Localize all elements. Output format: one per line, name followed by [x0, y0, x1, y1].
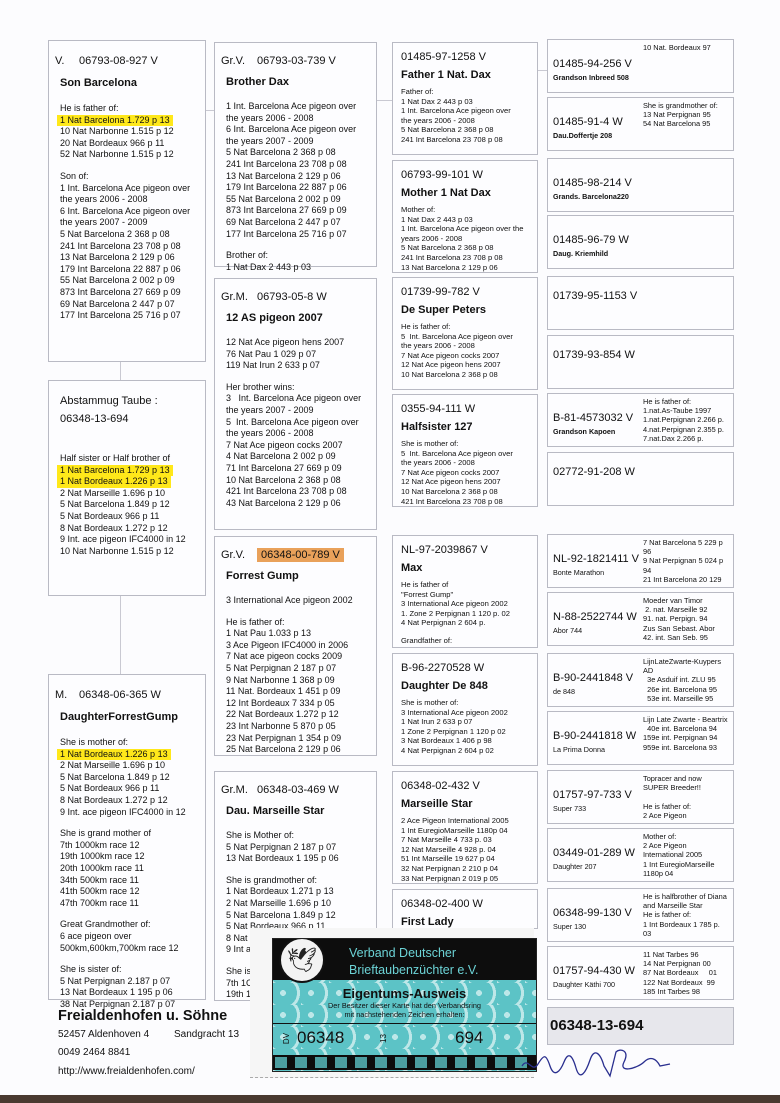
card-organization: Verband Deutscher Brieftaubenzüchter e.V… — [349, 945, 479, 979]
achievement-line: 1 Nat Dax 2 443 p 03 — [401, 97, 537, 107]
achievement-line: 13 Nat Barcelona 2 129 p 06 — [226, 171, 376, 183]
achievement-line: He is father of: — [401, 322, 537, 332]
achievement-line: 5 Nat Perpignan 2 187 p 07 — [226, 842, 376, 854]
grandparent-card[interactable]: Gr.V.06348-00-789 VForrest Gump3 Interna… — [214, 536, 377, 756]
achievement-line: 179 Int Barcelona 22 887 p 06 — [60, 264, 205, 276]
spacer — [226, 865, 376, 875]
pedigree-sheet: V.06793-08-927 V Son Barcelona He is fat… — [0, 0, 780, 1095]
achievement-line: 5 Nat Barcelona 2 368 p 08 — [60, 229, 205, 241]
gg-grandparent-ring: 01739-95-1153 V — [553, 290, 637, 302]
gg-grandparent-name: Grandson Inbreed 508 — [553, 73, 629, 82]
achievement-line: 5 Int. Barcelona Ace pigeon over — [401, 332, 537, 342]
great-grandparent-name: De Super Peters — [393, 298, 537, 316]
connector — [206, 110, 214, 111]
achievement-line: 179 Int Barcelona 22 887 p 06 — [226, 182, 376, 194]
mother-card[interactable]: M.06348-06-365 W DaughterForrestGump She… — [48, 674, 206, 1000]
great-grandparent-ring: 01485-97-1258 V — [393, 43, 537, 63]
achievement-line: He is father of — [401, 580, 537, 590]
achievement-line: 55 Nat Barcelona 2 002 p 09 — [60, 275, 205, 287]
achievement-line: Mother of: — [401, 205, 537, 215]
achievement-line: the years 2006 - 2008 — [401, 458, 537, 468]
ownership-card-body: 🕊 Verband Deutscher Brieftaubenzüchter e… — [272, 938, 537, 1072]
great-grandparent-achievements: Father of:1 Nat Dax 2 443 p 031 Int. Bar… — [393, 81, 537, 145]
gg-grandparent-card[interactable]: 01485-98-214 VGrands. Barcelona220 — [547, 158, 734, 212]
achievement-line: 4 Nat Perpignan 2 604 p 02 — [401, 746, 537, 756]
gg-grandparent-name: Grands. Barcelona220 — [553, 192, 629, 201]
achievement-line: 5 Nat Barcelona 2 368 p 08 — [401, 125, 537, 135]
gg-grandparent-name: Daughter Käthi 700 — [553, 980, 615, 989]
subject-ring-number: 06348-13-694 — [547, 1007, 734, 1045]
grandparent-ring: 06348-03-469 W — [257, 784, 339, 796]
achievement-line: 13 Nat Barcelona 2 129 p 06 — [60, 252, 205, 264]
achievement-line: 3 Ace Pigeon IFC4000 in 2006 — [226, 640, 376, 652]
achievement-line: 10 Nat Barcelona 2 368 p 08 — [226, 475, 376, 487]
achievement-line: 71 Int Barcelona 27 669 p 09 — [226, 463, 376, 475]
grandparent-name: Forrest Gump — [215, 561, 376, 582]
gg-grandparent-card[interactable]: 01739-95-1153 V — [547, 276, 734, 330]
grandparent-name: Dau. Marseille Star — [215, 796, 376, 817]
great-grandparent-card[interactable]: 06348-02-432 VMarseille Star2 Ace Pigeon… — [392, 771, 538, 884]
highlighted-achievement: 1 Nat Bordeaux 1.226 p 13 — [57, 749, 171, 761]
achievement-line: 9 Int. ace pigeon IFC4000 in 12 — [60, 807, 205, 819]
achievement-line: 9 Int. ace pigeon IFC4000 in 12 — [60, 534, 205, 546]
achievement-line: 3 Int. Barcelona Ace pigeon over — [226, 393, 376, 405]
achievement-line: 13 Nat Bordeaux 1 195 p 06 — [60, 987, 205, 999]
achievement-line: 12 Nat Ace pigeon hens 2007 — [401, 477, 537, 487]
great-grandparent-achievements: He is father of:5 Int. Barcelona Ace pig… — [393, 316, 537, 380]
achievement-line: 20th 1000km race 11 — [60, 863, 205, 875]
gg-grandparent-name: Daughter 207 — [553, 862, 597, 871]
achievement-line: 1 Nat Dax 2 443 p 03 — [401, 215, 537, 225]
achievement-line: years 2006 - 2008 — [401, 234, 537, 244]
achievement-line: 6 ace pigeon over — [60, 931, 205, 943]
gg-grandparent-ring: NL-92-1821411 V — [553, 553, 639, 565]
grandparent-ring: 06793-03-739 V — [257, 55, 336, 67]
ownership-card: 🕊 Verband Deutscher Brieftaubenzüchter e… — [250, 928, 534, 1078]
gg-grandparent-card[interactable]: 06348-99-130 VSuper 130He is halfbrother… — [547, 888, 734, 942]
achievement-line: 8 Nat Bordeaux 1.272 p 12 — [60, 795, 205, 807]
father-header: V.06793-08-927 V — [49, 41, 205, 67]
achievement-line: the years 2006 - 2008 — [401, 341, 537, 351]
grandparent-header: Gr.V.06348-00-789 V — [215, 537, 376, 561]
breeder-name: Freialdenhofen u. Söhne — [58, 1008, 227, 1024]
grandparent-achievements: 12 Nat Ace pigeon hens 200776 Nat Pau 1 … — [215, 324, 376, 509]
breeder-address: 52457 Aldenhoven 4 — [58, 1029, 149, 1040]
achievement-line: 1 Nat Irun 2 633 p 07 — [401, 717, 537, 727]
achievement-line: 7 Nat Ace pigeon cocks 2007 — [401, 468, 537, 478]
gg-grandparent-card[interactable]: 01485-91-4 WDau.Doffertje 208She is gran… — [547, 97, 734, 151]
connector — [120, 362, 121, 380]
great-grandparent-card[interactable]: B-96-2270528 WDaughter De 848She is moth… — [392, 653, 538, 766]
gg-grandparent-ring: 01485-98-214 V — [553, 177, 632, 189]
achievement-line: 1 Int EuregioMarseille 1180p 04 — [401, 826, 537, 836]
achievement-line: 76 Nat Pau 1 029 p 07 — [226, 349, 376, 361]
gg-grandparent-name: La Prima Donna — [553, 745, 605, 754]
gg-grandparent-name: Daug. Kriemhild — [553, 249, 608, 258]
achievement-line: the years 2006 - 2008 — [226, 113, 376, 125]
achievement-line: 1 Nat Bordeaux 1.271 p 13 — [226, 886, 376, 898]
achievement-line: 23 Nat Perpignan 1 354 p 09 — [226, 733, 376, 745]
gg-grandparent-note: 10 Nat. Bordeaux 97 — [643, 43, 735, 52]
achievement-line: 7 Nat Marseille 4 733 p. 03 — [401, 835, 537, 845]
grandparent-prefix: Gr.M. — [221, 784, 257, 796]
achievement-line: 20 Nat Bordeaux 966 p 11 — [60, 138, 205, 150]
gg-grandparent-name: Grandson Kapoen — [553, 427, 615, 436]
achievement-line: 6 Int. Barcelona Ace pigeon over — [226, 124, 376, 136]
achievement-line: 34th 500km race 11 — [60, 875, 205, 887]
achievement-line: 873 Int Barcelona 27 669 p 09 — [226, 205, 376, 217]
spacer — [60, 909, 205, 919]
great-grandparent-ring: 06348-02-400 W — [393, 890, 537, 910]
gg-grandparent-card[interactable]: B-90-2441848 Vde 848LijnLateZwarte-Kuype… — [547, 653, 734, 707]
gg-grandparent-card[interactable]: 01485-96-79 WDaug. Kriemhild — [547, 215, 734, 269]
great-grandparent-name: Father 1 Nat. Dax — [393, 63, 537, 81]
achievement-line: 12 Nat Ace pigeon hens 2007 — [226, 337, 376, 349]
achievement-line: Son of: — [60, 171, 205, 183]
gg-grandparent-note: He is halfbrother of Diana and Marseille… — [643, 892, 735, 938]
achievement-line: She is mother of: — [401, 698, 537, 708]
achievement-line: 5 Int. Barcelona Ace pigeon over — [226, 417, 376, 429]
achievement-line: 119 Nat Irun 2 633 p 07 — [226, 360, 376, 372]
achievement-line: 1 Nat Dax 2 443 p 03 — [226, 262, 376, 274]
gg-grandparent-card[interactable]: 01757-94-430 WDaughter Käthi 70011 Nat T… — [547, 946, 734, 1000]
achievement-line: 7th 1000km race 12 — [60, 840, 205, 852]
mother-ring: 06348-06-365 W — [79, 689, 161, 701]
gg-grandparent-ring: B-90-2441848 V — [553, 672, 633, 684]
achievement-line: 32 Nat Perpignan 2 210 p 04 — [401, 864, 537, 874]
achievement-line: 33 Nat Perpignan 2 019 p 05 — [401, 874, 537, 884]
achievement-line: 1 Int. Barcelona Ace pigeon over — [60, 183, 205, 195]
achievement-line: 2 Ace Pigeon International 2005 — [401, 816, 537, 826]
achievement-line: 1. Zone 2 Perpignan 1 120 p. 02 — [401, 609, 537, 619]
great-grandparent-name: Max — [393, 556, 537, 574]
achievement-line: 241 Int Barcelona 23 708 p 08 — [401, 253, 537, 263]
grandparent-achievements: 1 Int. Barcelona Ace pigeon overthe year… — [215, 88, 376, 273]
great-grandparent-name: Marseille Star — [393, 792, 537, 810]
great-grandparent-card[interactable]: 01485-97-1258 VFather 1 Nat. DaxFather o… — [392, 42, 538, 155]
gg-grandparent-note: LijnLateZwarte-Kuypers AD 3e Asduif int.… — [643, 657, 735, 703]
great-grandparent-ring: NL-97-2039867 V — [393, 536, 537, 556]
achievement-line: 177 Int Barcelona 25 716 p 07 — [60, 310, 205, 322]
gg-grandparent-note: He is father of: 1.nat.As-Taube 1997 1.n… — [643, 397, 735, 443]
spacer — [226, 607, 376, 617]
achievement-line: the years 2006 - 2008 — [60, 194, 205, 206]
card-ring-row: DV 06348 13 694 — [273, 1023, 536, 1055]
achievement-line: 69 Nat Barcelona 2 447 p 07 — [226, 217, 376, 229]
connector — [377, 100, 392, 101]
great-grandparent-name: Mother 1 Nat Dax — [393, 181, 537, 199]
gg-grandparent-name: Super 130 — [553, 922, 586, 931]
mother-prefix: M. — [55, 689, 79, 701]
great-grandparent-card[interactable]: 06793-99-101 WMother 1 Nat DaxMother of:… — [392, 160, 538, 273]
connector — [538, 70, 547, 71]
achievement-line: 3 Nat Bordeaux 1 406 p 98 — [401, 736, 537, 746]
gg-grandparent-ring: 01739-93-854 W — [553, 349, 635, 361]
card-club: 06348 — [297, 1028, 344, 1048]
gg-grandparent-note: Lijn Late Zwarte - Beartrix 40e int. Bar… — [643, 715, 735, 752]
achievement-line: 69 Nat Barcelona 2 447 p 07 — [60, 299, 205, 311]
gg-grandparent-ring: 01485-94-256 V — [553, 58, 632, 70]
achievement-line: 1 Nat Barcelona 1.729 p 13 — [60, 115, 205, 127]
achievement-line: 4 Nat Perpignan 2 604 p. — [401, 618, 537, 628]
achievement-line: 10 Nat Barcelona 2 368 p 08 — [401, 370, 537, 380]
spacer — [60, 161, 205, 171]
achievement-line: 5 Nat Bordeaux 966 p 11 — [60, 511, 205, 523]
gg-grandparent-ring: 06348-99-130 V — [553, 907, 632, 919]
spacer — [226, 372, 376, 382]
gg-grandparent-name: Dau.Doffertje 208 — [553, 131, 612, 140]
achievement-line: 5 Nat Perpignan 2 187 p 07 — [226, 663, 376, 675]
great-grandparent-achievements: Mother of:1 Nat Dax 2 443 p 031 Int. Bar… — [393, 199, 537, 272]
achievement-line: 12 Nat Marseille 4 928 p. 04 — [401, 845, 537, 855]
achievement-line: 421 Int Barcelona 23 708 p 08 — [226, 486, 376, 498]
mother-achievements: She is mother of:1 Nat Bordeaux 1.226 p … — [49, 723, 205, 1010]
father-name: Son Barcelona — [49, 67, 205, 89]
gg-grandparent-ring: N-88-2522744 W — [553, 611, 637, 623]
achievement-line: 1 Nat Bordeaux 1.226 p 13 — [60, 749, 205, 761]
achievement-line: 55 Nat Barcelona 2 002 p 09 — [226, 194, 376, 206]
achievement-line: the years 2006 - 2008 — [226, 428, 376, 440]
achievement-line: She is Mother of: — [226, 830, 376, 842]
card-description: Der Besitzer dieser Karte hat den Verban… — [273, 1002, 536, 1019]
achievement-line: She is grand mother of — [60, 828, 205, 840]
highlighted-achievement: 1 Nat Barcelona 1.729 p 13 — [57, 115, 173, 127]
father-card[interactable]: V.06793-08-927 V Son Barcelona He is fat… — [48, 40, 206, 362]
achievement-line: 1 Nat Pau 1.033 p 13 — [226, 628, 376, 640]
gg-grandparent-note: 7 Nat Barcelona 5 229 p 96 9 Nat Perpign… — [643, 538, 735, 584]
achievement-line: 19th 1000km race 12 — [60, 851, 205, 863]
great-grandparent-card[interactable]: NL-97-2039867 VMaxHe is father of"Forres… — [392, 535, 538, 648]
achievement-line: "Forrest Gump" — [401, 590, 537, 600]
achievement-line: the years 2007 - 2009 — [226, 136, 376, 148]
achievement-line: 2 Nat Marseille 1.696 p 10 — [226, 898, 376, 910]
mother-name: DaughterForrestGump — [49, 701, 205, 723]
great-grandparent-name: Halfsister 127 — [393, 415, 537, 433]
achievement-line: 11 Nat. Bordeaux 1 451 p 09 — [226, 686, 376, 698]
gg-grandparent-card[interactable]: N-88-2522744 WAbor 744Moeder van Timor 2… — [547, 592, 734, 646]
achievement-line: 10 Nat Narbonne 1.515 p 12 — [60, 546, 205, 558]
breeder-phone: 0049 2464 8841 — [58, 1047, 130, 1058]
subject-label: Abstammug Taube : — [49, 381, 205, 407]
gg-grandparent-card[interactable]: NL-92-1821411 VBonte Marathon7 Nat Barce… — [547, 534, 734, 588]
achievement-line: 8 Nat Bordeaux 1.272 p 12 — [60, 523, 205, 535]
highlighted-achievement: 1 Nat Bordeaux 1.226 p 13 — [57, 476, 171, 488]
subject-ring: 06348-13-694 — [49, 407, 205, 425]
father-achievements: He is father of:1 Nat Barcelona 1.729 p … — [49, 89, 205, 322]
great-grandparent-name: First Lady — [393, 910, 537, 928]
achievement-line: 241 Int Barcelona 23 708 p 08 — [60, 241, 205, 253]
gg-grandparent-name: de 848 — [553, 687, 575, 696]
achievement-line: She is mother of: — [60, 737, 205, 749]
achievement-line: 5 Nat Barcelona 2 368 p 08 — [226, 147, 376, 159]
great-grandparent-ring: 01739-99-782 V — [393, 278, 537, 298]
gg-grandparent-card[interactable]: 01757-97-733 VSuper 733Topracer and now … — [547, 770, 734, 824]
achievement-line: He is father of: — [60, 103, 205, 115]
achievement-line: 12 Int Bordeaux 7 334 p 05 — [226, 698, 376, 710]
achievement-line: 177 Int Barcelona 25 716 p 07 — [226, 229, 376, 241]
achievement-line: Father of: — [401, 87, 537, 97]
achievement-line: 9 Nat Narbonne 1 368 p 09 — [226, 675, 376, 687]
achievement-line: 1 Int. Barcelona Ace pigeon over — [226, 101, 376, 113]
achievement-line: 13 Nat Bordeaux 1 195 p 06 — [226, 853, 376, 865]
gg-grandparent-note: Moeder van Timor 2. nat. Marseille 92 91… — [643, 596, 735, 642]
gg-grandparent-ring: 02772-91-208 W — [553, 466, 635, 478]
achievement-line: 5 Nat Barcelona 2 368 p 08 — [401, 243, 537, 253]
gg-grandparent-note: Mother of: 2 Ace Pigeon International 20… — [643, 832, 735, 878]
gg-grandparent-card[interactable]: 02772-91-208 W — [547, 452, 734, 506]
gg-grandparent-note: She is grandmother of: 13 Nat Perpignan … — [643, 101, 735, 129]
gg-grandparent-card[interactable]: 03449-01-289 WDaughter 207Mother of: 2 A… — [547, 828, 734, 882]
gg-grandparent-note: Topracer and now SUPER Breeder!! He is f… — [643, 774, 735, 820]
highlighted-achievement: 1 Nat Barcelona 1.729 p 13 — [57, 465, 173, 477]
great-grandparent-card[interactable]: 06348-02-400 WFirst Lady — [392, 889, 538, 929]
achievement-line: 1 Zone 2 Perpignan 1 120 p 02 — [401, 727, 537, 737]
grandparent-name: Brother Dax — [215, 67, 376, 88]
connector — [120, 596, 121, 674]
achievement-line: 41th 500km race 12 — [60, 886, 205, 898]
gg-grandparent-ring: B-90-2441818 W — [553, 730, 636, 742]
pigeon-logo-icon: 🕊 — [279, 938, 325, 983]
achievement-line: 1 Nat Barcelona 1.729 p 13 — [60, 465, 205, 477]
gg-grandparent-ring: B-81-4573032 V — [553, 412, 633, 424]
gg-grandparent-name: Super 733 — [553, 804, 586, 813]
achievement-line: 241 Int Barcelona 23 708 p 08 — [401, 135, 537, 145]
achievement-line: 43 Nat Barcelona 2 129 p 06 — [226, 498, 376, 510]
achievement-line: the years 2006 - 2008 — [401, 116, 537, 126]
grandparent-card[interactable]: Gr.V.06793-03-739 VBrother Dax1 Int. Bar… — [214, 42, 377, 267]
father-prefix: V. — [55, 55, 79, 67]
achievement-line: 7 Nat Ace pigeon cocks 2007 — [401, 351, 537, 361]
great-grandparent-achievements: She is mother of:5 Int. Barcelona Ace pi… — [393, 433, 537, 506]
card-country: DV — [282, 1033, 291, 1044]
achievement-line: She is sister of: — [60, 964, 205, 976]
achievement-line: 3 International Ace pigeon 2002 — [226, 595, 376, 607]
spacer — [226, 240, 376, 250]
achievement-line: 4 Nat Barcelona 2 002 p 09 — [226, 451, 376, 463]
grandparent-name: 12 AS pigeon 2007 — [215, 303, 376, 324]
great-grandparent-card[interactable]: 01739-99-782 VDe Super PetersHe is fathe… — [392, 277, 538, 390]
achievement-line: Her brother wins: — [226, 382, 376, 394]
great-grandparent-ring: 0355-94-111 W — [393, 395, 537, 415]
great-grandparent-card[interactable]: 0355-94-111 WHalfsister 127She is mother… — [392, 394, 538, 507]
achievement-line: Brother of: — [226, 250, 376, 262]
achievement-line: 5 Int. Barcelona Ace pigeon over — [401, 449, 537, 459]
achievement-line: 52 Nat Narbonne 1.515 p 12 — [60, 149, 205, 161]
spacer — [60, 954, 205, 964]
achievement-line: 241 Int Barcelona 23 708 p 08 — [226, 159, 376, 171]
achievement-line: 12 Nat Ace pigeon hens 2007 — [401, 360, 537, 370]
spacer — [401, 628, 537, 636]
great-grandparent-achievements: She is mother of:3 International Ace pig… — [393, 692, 537, 756]
breeder-website-link[interactable]: http://www.freialdenhofen.com/ — [58, 1066, 195, 1077]
great-grandparent-ring: B-96-2270528 W — [393, 654, 537, 674]
achievement-line: 51 Int Marseille 19 627 p 04 — [401, 854, 537, 864]
grandparent-ring: 06793-05-8 W — [257, 291, 327, 303]
subject-pigeon-card[interactable]: Abstammug Taube : 06348-13-694 Half sist… — [48, 380, 206, 596]
grandparent-header: Gr.M.06348-03-469 W — [215, 772, 376, 796]
gg-grandparent-ring: 01757-94-430 W — [553, 965, 635, 977]
achievement-line: the years 2007 - 2009 — [60, 217, 205, 229]
gg-grandparent-ring: 01485-91-4 W — [553, 116, 623, 128]
gg-grandparent-ring: 03449-01-289 W — [553, 847, 635, 859]
achievement-line: 873 Int Barcelona 27 669 p 09 — [60, 287, 205, 299]
gg-grandparent-card[interactable]: B-81-4573032 VGrandson KapoenHe is fathe… — [547, 393, 734, 447]
achievement-line: 500km,600km,700km race 12 — [60, 943, 205, 955]
achievement-line: 10 Nat Barcelona 2 368 p 08 — [401, 487, 537, 497]
achievement-line: 23 Int Narbonne 5 870 p 05 — [226, 721, 376, 733]
subject-achievements: Half sister or Half brother of1 Nat Barc… — [49, 425, 205, 557]
grandparent-header: Gr.V.06793-03-739 V — [215, 43, 376, 67]
achievement-line: He is father of: — [226, 617, 376, 629]
achievement-line: 421 Int Barcelona 23 708 p 08 — [401, 497, 537, 507]
grandparent-prefix: Gr.V. — [221, 55, 257, 67]
card-number: 694 — [455, 1028, 483, 1048]
gg-grandparent-ring: 01757-97-733 V — [553, 789, 632, 801]
gg-grandparent-name: Abor 744 — [553, 626, 582, 635]
achievement-line: Half sister or Half brother of — [60, 453, 205, 465]
card-barcode-strip — [273, 1055, 536, 1070]
achievement-line: 2 Nat Marseille 1.696 p 10 — [60, 760, 205, 772]
achievement-line: 1 Int. Barcelona Ace pigeon over — [401, 106, 537, 116]
achievement-line: 1 Int. Barcelona Ace pigeon over the — [401, 224, 537, 234]
achievement-line: She is mother of: — [401, 439, 537, 449]
achievement-line: 13 Nat Barcelona 2 129 p 06 — [401, 263, 537, 273]
achievement-line: Grandfather of: — [401, 636, 537, 646]
gg-grandparent-card[interactable]: B-90-2441818 WLa Prima DonnaLijn Late Zw… — [547, 711, 734, 765]
achievement-line: 10 Nat Narbonne 1.515 p 12 — [60, 126, 205, 138]
mother-header: M.06348-06-365 W — [49, 675, 205, 701]
great-grandparent-ring: 06348-02-432 V — [393, 772, 537, 792]
gg-grandparent-name: Bonte Marathon — [553, 568, 604, 577]
achievement-line: Great Grandmother of: — [60, 919, 205, 931]
great-grandparent-achievements: 2 Ace Pigeon International 20051 Int Eur… — [393, 810, 537, 883]
grandparent-card[interactable]: Gr.M.06793-05-8 W12 AS pigeon 200712 Nat… — [214, 278, 377, 530]
achievement-line: 6 Int. Barcelona Ace pigeon over — [60, 206, 205, 218]
breeder-street: Sandgracht 13 — [174, 1029, 239, 1040]
achievement-line: 5 Nat Barcelona 1.849 p 12 — [60, 499, 205, 511]
achievement-line: the years 2007 - 2009 — [226, 405, 376, 417]
achievement-line: 2 Nat Marseille 1.696 p 10 — [60, 488, 205, 500]
great-grandparent-achievements: He is father of"Forrest Gump"3 Internati… — [393, 574, 537, 646]
achievement-line: 22 Nat Bordeaux 1.272 p 12 — [226, 709, 376, 721]
achievement-line: 7 Nat Ace pigeon cocks 2007 — [226, 440, 376, 452]
gg-grandparent-card[interactable]: 01485-94-256 VGrandson Inbreed 50810 Nat… — [547, 39, 734, 93]
gg-grandparent-card[interactable]: 01739-93-854 W — [547, 335, 734, 389]
achievement-line: 5 Nat Barcelona 1.849 p 12 — [226, 910, 376, 922]
achievement-line: She is grandmother of: — [226, 875, 376, 887]
great-grandparent-name: Daughter De 848 — [393, 674, 537, 692]
grandparent-header: Gr.M.06793-05-8 W — [215, 279, 376, 303]
achievement-line: 7 Nat ace pigeon cocks 2009 — [226, 651, 376, 663]
grandparent-ring: 06348-00-789 V — [257, 548, 344, 562]
achievement-line: 3 International Ace pigeon 2002 — [401, 708, 537, 718]
great-grandparent-ring: 06793-99-101 W — [393, 161, 537, 181]
grandparent-achievements: 3 International Ace pigeon 2002He is fat… — [215, 582, 376, 756]
gg-grandparent-note: 11 Nat Tarbes 96 14 Nat Perpignan 00 87 … — [643, 950, 735, 996]
card-year: 13 — [379, 1034, 388, 1043]
father-ring: 06793-08-927 V — [79, 55, 158, 67]
card-title: Eigentums-Ausweis — [273, 986, 536, 1001]
grandparent-prefix: Gr.M. — [221, 291, 257, 303]
achievement-line: 1 Nat Bordeaux 1.226 p 13 — [60, 476, 205, 488]
achievement-line: 5 Nat Bordeaux 966 p 11 — [60, 783, 205, 795]
achievement-line: 5 Nat Barcelona 1.849 p 12 — [60, 772, 205, 784]
achievement-line: 47th 700km race 11 — [60, 898, 205, 910]
page-edge — [0, 1095, 780, 1103]
achievement-line: 25 Nat Barcelona 2 129 p 06 — [226, 744, 376, 756]
spacer — [60, 818, 205, 828]
achievement-line: 3 International Ace pigeon 2002 — [401, 599, 537, 609]
